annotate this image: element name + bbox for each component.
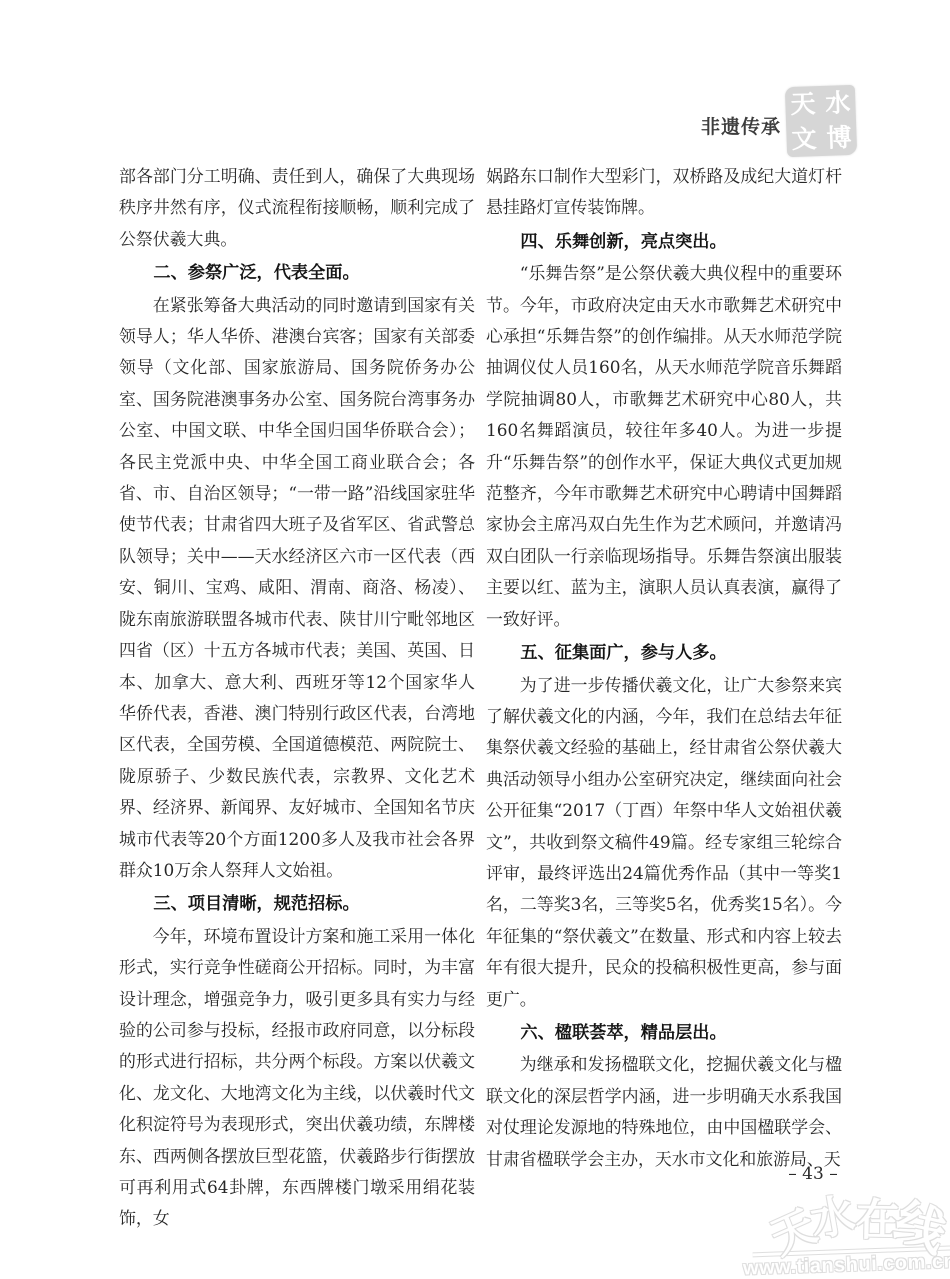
tianshui-online-watermark: 天 水 在 线 www.tianshui.com.cn	[741, 1190, 950, 1279]
watermark-site-name: 天 水 在 线	[741, 1190, 950, 1247]
section-heading: 五、征集面广，参与人多。	[486, 637, 842, 668]
article-body: 部各部门分工明确、责任到人，确保了大典现场秩序井然有序，仪式流程衔接顺畅，顺利完…	[119, 161, 842, 1235]
section-label: 非遗传承	[701, 112, 781, 139]
right-column: 娲路东口制作大型彩门，双桥路及成纪大道灯杆悬挂路灯宣传装饰牌。 四、乐舞创新，亮…	[486, 161, 842, 1235]
paragraph: 部各部门分工明确、责任到人，确保了大典现场秩序井然有序，仪式流程衔接顺畅，顺利完…	[119, 161, 475, 255]
section-heading: 二、参祭广泛，代表全面。	[119, 257, 475, 288]
seal-char: 文	[791, 126, 817, 152]
paragraph: 今年，环境布置设计方案和施工采用一体化形式，实行竞争性磋商公开招标。同时，为丰富…	[119, 921, 475, 1235]
paragraph: 娲路东口制作大型彩门，双桥路及成纪大道灯杆悬挂路灯宣传装饰牌。	[486, 161, 842, 224]
tianshui-wenbo-seal-logo: 天 水 文 博	[785, 85, 857, 157]
seal-char: 水	[825, 90, 851, 116]
section-heading: 三、项目清晰，规范招标。	[119, 888, 475, 919]
section-heading: 四、乐舞创新，亮点突出。	[486, 226, 842, 257]
section-heading: 六、楹联荟萃，精品层出。	[486, 1017, 842, 1048]
seal-char: 天	[790, 91, 816, 117]
magazine-page: 非遗传承 天 水 文 博 部各部门分工明确、责任到人，确保了大典现场秩序井然有序…	[0, 0, 950, 1279]
left-column: 部各部门分工明确、责任到人，确保了大典现场秩序井然有序，仪式流程衔接顺畅，顺利完…	[119, 161, 475, 1235]
page-number: – 43 –	[780, 1164, 846, 1184]
paragraph: “乐舞告祭”是公祭伏羲大典仪程中的重要环节。今年，市政府决定由天水市歌舞艺术研究…	[486, 258, 842, 635]
watermark-char: 水	[807, 1193, 858, 1244]
paragraph: 为了进一步传播伏羲文化，让广大参祭来宾了解伏羲文化的内涵，今年，我们在总结去年征…	[486, 670, 842, 1015]
paragraph: 在紧张筹备大典活动的同时邀请到国家有关领导人；华人华侨、港澳台宾客；国家有关部委…	[119, 290, 475, 887]
seal-char: 博	[826, 125, 852, 151]
paragraph: 为继承和发扬楹联文化，挖掘伏羲文化与楹联文化的深层哲学内涵，进一步明确天水系我国…	[486, 1049, 842, 1175]
